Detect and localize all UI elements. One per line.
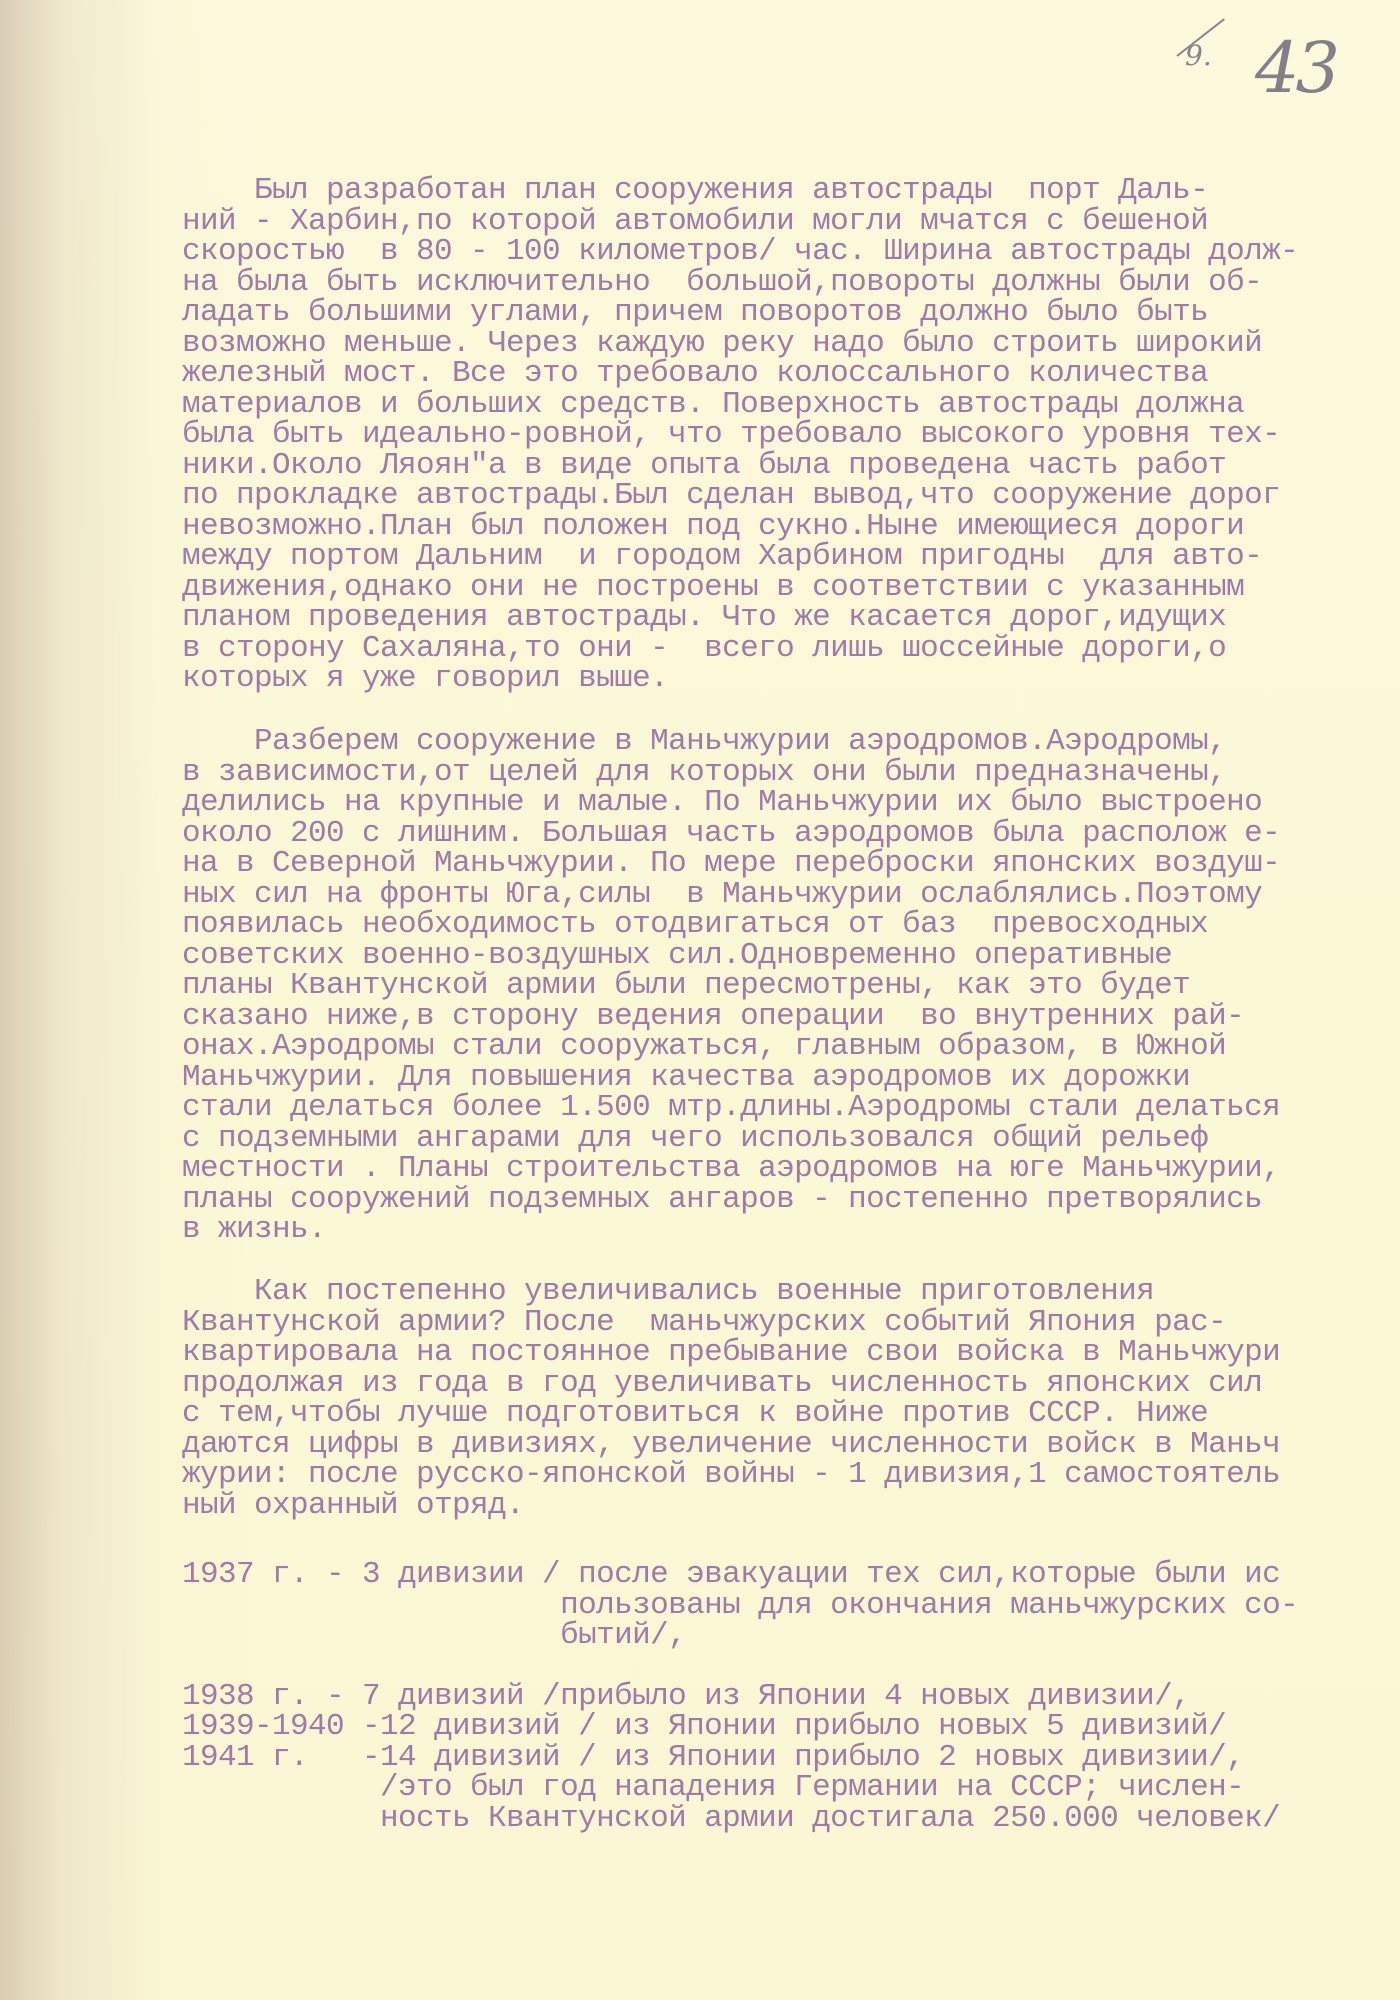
- text-line: квартировала на постоянное пребывание св…: [182, 1338, 1280, 1369]
- text-line: ных сил на фронты Юга,силы в Маньчжурии …: [182, 880, 1280, 911]
- text-line: пользованы для окончания маньчжурских со…: [182, 1591, 1298, 1622]
- text-line: скоростью в 80 - 100 километров/ час. Ши…: [182, 237, 1298, 268]
- text-line: между портом Дальним и городом Харбином …: [182, 542, 1298, 573]
- text-line: на была быть исключительно большой,повор…: [182, 268, 1298, 299]
- text-line: в зависимости,от целей для которых они б…: [182, 758, 1280, 789]
- divisions-list: 1937 г. - 3 дивизии / после эвакуации те…: [182, 1560, 1298, 1834]
- paragraph-airfields: Разберем сооружение в Маньчжурии аэродро…: [182, 727, 1280, 1246]
- text-line: около 200 с лишним. Большая часть аэродр…: [182, 819, 1280, 850]
- text-line: в жизнь.: [182, 1215, 1280, 1246]
- text-line: стали делаться более 1.500 мтр.длины.Аэр…: [182, 1093, 1280, 1124]
- text-line: которых я уже говорил выше.: [182, 664, 1298, 695]
- text-line: невозможно.План был положен под сукно.Ны…: [182, 512, 1298, 543]
- text-line: с подземными ангарами для чего использов…: [182, 1124, 1280, 1155]
- text-line: Разберем сооружение в Маньчжурии аэродро…: [182, 727, 1280, 758]
- text-line: Как постепенно увеличивались военные при…: [182, 1277, 1280, 1308]
- text-line: /это был год нападения Германии на СССР;…: [182, 1773, 1298, 1804]
- text-line: делились на крупные и малые. По Маньчжур…: [182, 788, 1280, 819]
- text-line: Был разработан план сооружения автострад…: [182, 176, 1298, 207]
- text-line: онах.Аэродромы стали сооружаться, главны…: [182, 1032, 1280, 1063]
- text-line: в сторону Сахаляна,то они - всего лишь ш…: [182, 634, 1298, 665]
- text-line: 1938 г. - 7 дивизий /прибыло из Японии 4…: [182, 1682, 1298, 1713]
- division-entry: 1938 г. - 7 дивизий /прибыло из Японии 4…: [182, 1682, 1298, 1835]
- text-line: местности . Планы строительства аэродром…: [182, 1154, 1280, 1185]
- text-line: материалов и больших средств. Поверхност…: [182, 390, 1298, 421]
- text-line: планы сооружений подземных ангаров - пос…: [182, 1185, 1280, 1216]
- text-line: железный мост. Все это требовало колосса…: [182, 359, 1298, 390]
- text-line: 1941 г. -14 дивизий / из Японии прибыло …: [182, 1743, 1298, 1774]
- text-line: ность Квантунской армии достигала 250.00…: [182, 1804, 1298, 1835]
- text-line: ладать большими углами, причем поворотов…: [182, 298, 1298, 329]
- text-line: журии: после русско-японской войны - 1 д…: [182, 1460, 1280, 1491]
- folio-prefix: 9.: [1185, 39, 1212, 72]
- text-line: 1939-1940 -12 дивизий / из Японии прибыл…: [182, 1712, 1298, 1743]
- paragraph-kwantung-army: Как постепенно увеличивались военные при…: [182, 1277, 1280, 1521]
- text-line: даются цифры в дивизиях, увеличение числ…: [182, 1430, 1280, 1461]
- text-line: появилась необходимость отодвигаться от …: [182, 910, 1280, 941]
- text-line: Маньчжурии. Для повышения качества аэрод…: [182, 1063, 1280, 1094]
- text-line: планом проведения автострады. Что же кас…: [182, 603, 1298, 634]
- text-line: советских военно-воздушных сил.Одновреме…: [182, 941, 1280, 972]
- text-line: 1937 г. - 3 дивизии / после эвакуации те…: [182, 1560, 1298, 1591]
- text-line: возможно меньше. Через каждую реку надо …: [182, 329, 1298, 360]
- text-line: ники.Около Ляоян"а в виде опыта была про…: [182, 451, 1298, 482]
- text-line: сказано ниже,в сторону ведения операции …: [182, 1002, 1280, 1033]
- text-line: Квантунской армии? После маньчжурских со…: [182, 1308, 1280, 1339]
- document-page: 9. 43 Был разработан план сооружения авт…: [0, 0, 1400, 2000]
- text-line: по прокладке автострады.Был сделан вывод…: [182, 481, 1298, 512]
- text-line: продолжая из года в год увеличивать числ…: [182, 1369, 1280, 1400]
- folio-number: 43: [1255, 33, 1336, 103]
- text-line: на в Северной Маньчжурии. По мере перебр…: [182, 849, 1280, 880]
- text-line: с тем,чтобы лучше подготовиться к войне …: [182, 1399, 1280, 1430]
- text-line: движения,однако они не построены в соотв…: [182, 573, 1298, 604]
- text-line: ный охранный отряд.: [182, 1491, 1280, 1522]
- text-line: бытий/,: [182, 1621, 1298, 1652]
- paragraph-autostrada: Был разработан план сооружения автострад…: [182, 176, 1298, 695]
- text-line: ний - Харбин,по которой автомобили могли…: [182, 207, 1298, 238]
- text-line: была быть идеально-ровной, что требовало…: [182, 420, 1298, 451]
- division-entry: 1937 г. - 3 дивизии / после эвакуации те…: [182, 1560, 1298, 1652]
- text-line: планы Квантунской армии были пересмотрен…: [182, 971, 1280, 1002]
